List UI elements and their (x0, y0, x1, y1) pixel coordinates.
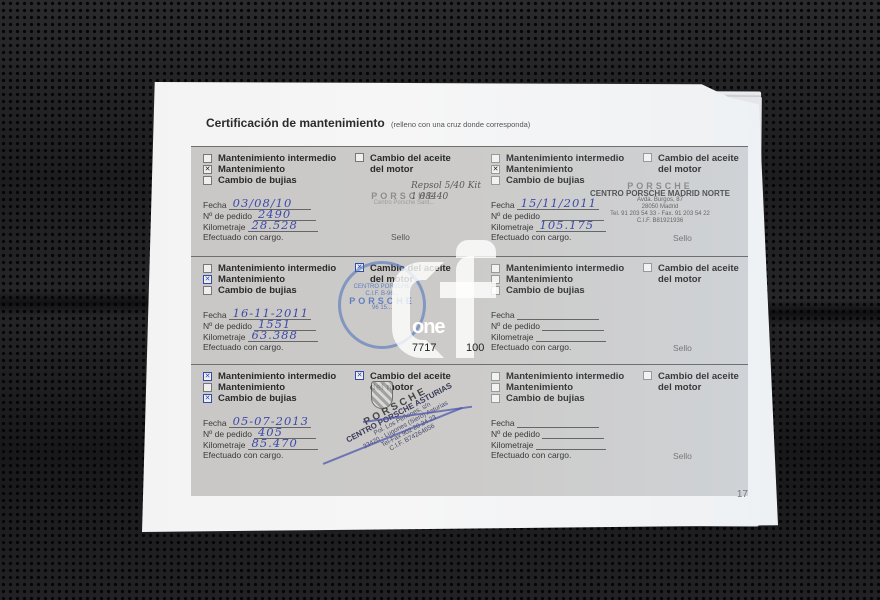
entry-1: Mantenimiento intermedioMantenimientoCam… (203, 153, 473, 253)
checkbox-spark-plug-change-option[interactable]: Cambio de bujias (491, 285, 585, 296)
field-label: Nº de pedido (203, 211, 252, 221)
checkbox-oil-change-option[interactable]: Cambio del aceite del motor (643, 263, 748, 285)
field-label: Fecha (203, 310, 227, 320)
option-label: Mantenimiento (218, 164, 285, 175)
mileage-field: Kilometraje105.175 (491, 221, 606, 232)
empty-box-icon[interactable] (491, 264, 500, 273)
mileage-field: Kilometraje (491, 439, 606, 450)
empty-box-icon[interactable] (491, 372, 500, 381)
seal-label: Sello (391, 232, 410, 242)
entry-2: Mantenimiento intermedioMantenimientoCam… (491, 153, 761, 253)
option-label: Cambio del aceite del motor (370, 263, 460, 285)
date-field: Fecha16-11-2011 (203, 309, 311, 320)
checkbox-intermediate-maintenance-option[interactable]: Mantenimiento intermedio (491, 371, 624, 382)
stamp-brand: PORSCHE (585, 183, 735, 190)
option-label: Mantenimiento (506, 382, 573, 393)
stamp-line: 28050 Madrid (585, 204, 735, 211)
empty-box-icon[interactable] (643, 153, 652, 162)
document-title: Certificación de mantenimiento (relleno … (206, 116, 530, 130)
empty-box-icon[interactable] (355, 153, 364, 162)
empty-box-icon[interactable] (643, 263, 652, 272)
maintenance-form: Mantenimiento intermedioMantenimientoCam… (191, 146, 748, 496)
option-label: Mantenimiento (506, 164, 573, 175)
field-line[interactable] (517, 417, 599, 428)
checkbox-oil-change-option[interactable]: Cambio del aceite del motor (355, 263, 460, 285)
empty-box-icon[interactable] (203, 264, 212, 273)
option-label: Mantenimiento intermedio (506, 371, 624, 382)
date-field: Fecha (491, 309, 599, 320)
form-row: Mantenimiento intermedioMantenimientoCam… (191, 146, 748, 252)
checkbox-spark-plug-change-option[interactable]: Cambio de bujias (491, 175, 585, 186)
empty-box-icon[interactable] (491, 394, 500, 403)
mileage-field: Kilometraje (491, 331, 606, 342)
checkbox-oil-change-option[interactable]: Cambio del aceite del motor (643, 153, 748, 175)
seat-seam (0, 290, 150, 316)
checkbox-spark-plug-change-option[interactable]: Cambio de bujias (203, 393, 297, 404)
checked-box-icon[interactable] (203, 372, 212, 381)
stamp-line: CENTRO PORSCHE (341, 284, 423, 291)
seal-label: Sello (673, 233, 692, 243)
checked-box-icon[interactable] (355, 263, 364, 272)
option-label: Mantenimiento intermedio (218, 263, 336, 274)
title-text: Certificación de mantenimiento (206, 116, 385, 130)
field-line[interactable] (536, 331, 606, 342)
handwritten-value: 63.388 (252, 328, 298, 342)
checkbox-maintenance-option[interactable]: Mantenimiento (203, 164, 285, 175)
empty-box-icon[interactable] (491, 286, 500, 295)
empty-box-icon[interactable] (491, 275, 500, 284)
field-label: Fecha (203, 200, 227, 210)
checkbox-oil-change-option[interactable]: Cambio del aceite del motor (643, 371, 748, 393)
handwritten-value: 28.528 (252, 218, 298, 232)
option-label: Cambio de bujias (218, 285, 297, 296)
stamp-line: 33420 - Lugones (Siero) Asturias (338, 387, 474, 464)
checkbox-spark-plug-change-option[interactable]: Cambio de bujias (491, 393, 585, 404)
checkbox-maintenance-option[interactable]: Mantenimiento (491, 274, 573, 285)
charged-label: Efectuado con cargo. (491, 450, 571, 460)
field-line[interactable] (536, 439, 606, 450)
order-number-field: Nº de pedido (491, 428, 604, 439)
handwritten-value: 15/11/2011 (521, 196, 597, 210)
option-label: Mantenimiento (218, 382, 285, 393)
checked-box-icon[interactable] (355, 371, 364, 380)
entry-6: Mantenimiento intermedioMantenimientoCam… (491, 371, 761, 471)
charged-label: Efectuado con cargo. (203, 450, 283, 460)
checked-box-icon[interactable] (203, 275, 212, 284)
stamp-brand: PORSCHE (341, 298, 423, 305)
empty-box-icon[interactable] (203, 383, 212, 392)
checkbox-maintenance-option[interactable]: Mantenimiento (491, 382, 573, 393)
dealer-stamp: PORSCHECENTRO PORSCHE MADRID NORTEAvda. … (585, 183, 735, 225)
field-label: Nº de pedido (491, 211, 540, 221)
option-label: Mantenimiento (218, 274, 285, 285)
mileage-field: Kilometraje28.528 (203, 221, 318, 232)
stamp-line: 96 15... (341, 305, 423, 312)
field-line[interactable] (542, 428, 604, 439)
empty-box-icon[interactable] (491, 154, 500, 163)
field-label: Nº de pedido (491, 429, 540, 439)
charged-label: Efectuado con cargo. (491, 342, 571, 352)
empty-box-icon[interactable] (203, 176, 212, 185)
checkbox-spark-plug-change-option[interactable]: Cambio de bujias (203, 175, 297, 186)
checked-box-icon[interactable] (203, 165, 212, 174)
empty-box-icon[interactable] (643, 371, 652, 380)
date-field: Fecha15/11/2011 (491, 199, 599, 210)
option-label: Cambio de bujias (218, 393, 297, 404)
page-number: 17 (737, 489, 748, 500)
seal-label: Sello (673, 451, 692, 461)
checkbox-intermediate-maintenance-option[interactable]: Mantenimiento intermedio (203, 263, 336, 274)
checkbox-intermediate-maintenance-option[interactable]: Mantenimiento intermedio (491, 153, 624, 164)
field-line[interactable]: 105.175 (536, 221, 606, 232)
checkbox-maintenance-option[interactable]: Mantenimiento (491, 164, 573, 175)
option-label: Cambio del aceite del motor (370, 153, 460, 175)
field-label: Kilometraje (491, 440, 534, 450)
option-label: Mantenimiento (506, 274, 573, 285)
field-label: Nº de pedido (203, 321, 252, 331)
stamp-line: Tel. 91 203 54 33 - Fax. 91 203 54 22 (585, 211, 735, 218)
checkbox-maintenance-option[interactable]: Mantenimiento (203, 274, 285, 285)
field-label: Fecha (491, 200, 515, 210)
checkbox-spark-plug-change-option[interactable]: Cambio de bujias (203, 285, 297, 296)
field-line[interactable]: 28.528 (248, 221, 318, 232)
option-label: Cambio del aceite del motor (658, 263, 748, 285)
stamp-line: Avda. Burgos, 87 (585, 197, 735, 204)
stamp-line: C.I.F. B74264656 (344, 399, 480, 476)
field-line[interactable]: 63.388 (248, 331, 318, 342)
option-label: Cambio de bujias (506, 175, 585, 186)
option-label: Mantenimiento intermedio (218, 153, 336, 164)
field-line[interactable] (517, 309, 599, 320)
field-label: Kilometraje (491, 222, 534, 232)
empty-box-icon[interactable] (491, 383, 500, 392)
handwritten-note: Repsol 5/40 Kit 1 08440 (411, 181, 481, 203)
field-line[interactable]: 85.470 (248, 439, 318, 450)
order-number-field: Nº de pedido (491, 320, 604, 331)
handwritten-value: 105.175 (540, 218, 595, 232)
field-label: Fecha (491, 418, 515, 428)
stamp-line: C.I.F. B-96... (341, 291, 423, 298)
option-label: Cambio del aceite del motor (658, 371, 748, 393)
handwritten-value: 85.470 (252, 436, 298, 450)
option-label: Mantenimiento intermedio (506, 263, 624, 274)
empty-box-icon[interactable] (203, 154, 212, 163)
field-label: Kilometraje (203, 440, 246, 450)
option-label: Cambio de bujias (218, 175, 297, 186)
field-label: Fecha (491, 310, 515, 320)
field-label: Nº de pedido (491, 321, 540, 331)
option-label: Cambio de bujias (506, 285, 585, 296)
date-field: Fecha05-07-2013 (203, 417, 311, 428)
maintenance-booklet-page: Certificación de mantenimiento (relleno … (142, 82, 778, 532)
field-label: Kilometraje (203, 222, 246, 232)
entry-3: Mantenimiento intermedioMantenimientoCam… (203, 263, 473, 363)
checkbox-oil-change-option[interactable]: Cambio del aceite del motor (355, 153, 460, 175)
entry-5: Mantenimiento intermedioMantenimientoCam… (203, 371, 473, 471)
form-row: Mantenimiento intermedioMantenimientoCam… (191, 364, 748, 496)
empty-box-icon[interactable] (203, 286, 212, 295)
mileage-field: Kilometraje85.470 (203, 439, 318, 450)
field-line[interactable]: 15/11/2011 (517, 199, 599, 210)
checkbox-maintenance-option[interactable]: Mantenimiento (203, 382, 285, 393)
charged-label: Efectuado con cargo. (491, 232, 571, 242)
field-label: Nº de pedido (203, 429, 252, 439)
porsche-crest-icon (371, 381, 393, 409)
option-label: Mantenimiento intermedio (506, 153, 624, 164)
checked-box-icon[interactable] (491, 165, 500, 174)
field-label: Fecha (203, 418, 227, 428)
field-label: Kilometraje (491, 332, 534, 342)
field-label: Kilometraje (203, 332, 246, 342)
entry-4: Mantenimiento intermedioMantenimientoCam… (491, 263, 761, 363)
checkbox-intermediate-maintenance-option[interactable]: Mantenimiento intermedio (203, 371, 336, 382)
stamp-dealer-name: CENTRO PORSCHE MADRID NORTE (585, 190, 735, 197)
option-label: Cambio del aceite del motor (658, 153, 748, 175)
checked-box-icon[interactable] (203, 394, 212, 403)
date-field: Fecha (491, 417, 599, 428)
empty-box-icon[interactable] (491, 176, 500, 185)
mileage-field: Kilometraje63.388 (203, 331, 318, 342)
seat-seam (760, 300, 880, 326)
charged-label: Efectuado con cargo. (203, 342, 283, 352)
form-row: Mantenimiento intermedioMantenimientoCam… (191, 256, 748, 362)
charged-label: Efectuado con cargo. (203, 232, 283, 242)
option-label: Cambio de bujias (506, 393, 585, 404)
stamp-line: Tel-Fax 902 20 24 23 (341, 393, 477, 470)
checkbox-intermediate-maintenance-option[interactable]: Mantenimiento intermedio (491, 263, 624, 274)
seal-label: Sello (673, 343, 692, 353)
option-label: Mantenimiento intermedio (218, 371, 336, 382)
date-field: Fecha03/08/10 (203, 199, 311, 210)
title-hint: (relleno con una cruz donde corresponda) (391, 120, 530, 129)
checkbox-intermediate-maintenance-option[interactable]: Mantenimiento intermedio (203, 153, 336, 164)
field-line[interactable] (542, 320, 604, 331)
stamp-line: C.I.F. B81921936 (585, 218, 735, 225)
signature-stroke (323, 407, 463, 465)
